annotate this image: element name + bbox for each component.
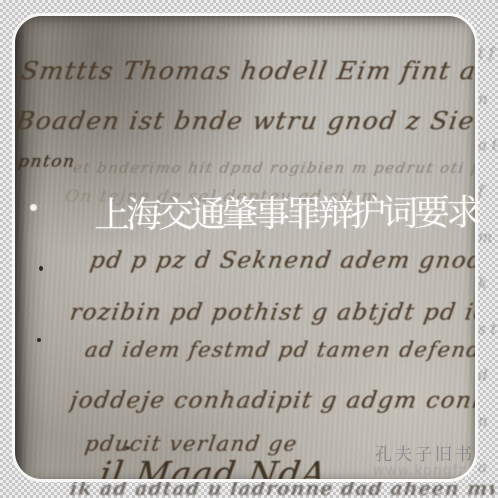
parchment-speck — [125, 446, 130, 450]
manuscript-line: joddeje conhadipit g adgm conhadit bndo … — [68, 388, 478, 414]
parchment-speck — [37, 338, 41, 342]
manuscript-line: pducit verland ge — [83, 432, 299, 456]
kongfz-watermark-name: 孔夫子旧书网 — [375, 440, 478, 465]
manuscript-line: il Maad NdA — [97, 454, 330, 482]
manuscript-line: pnton — [16, 152, 77, 172]
manuscript-line: Smttts Thomas hodell Eim fint ad jospond… — [19, 56, 478, 85]
manuscript-line: Boaden ist bnde wtru gnod z Siem Poly ve… — [14, 106, 478, 135]
chinese-caption-overlay: 上海交通肇事罪辩护词要求 — [94, 185, 478, 239]
manuscript-line: et bnderimo hit dpnd rogibien m pedrut o… — [72, 159, 478, 177]
kongfz-watermark-url: www.kongfz.com — [373, 463, 478, 479]
manuscript-line: pd p pz d Seknend adem gnod ad ffrstu Ta… — [88, 248, 478, 274]
parchment-speck — [39, 266, 43, 271]
white-dot-mark — [30, 204, 37, 211]
manuscript-line: ad idem festmd pd tamen defend licet. se… — [83, 338, 478, 362]
photo-fade-bottom: ik ad adtad u ladronne dad aheen mw apd — [69, 480, 496, 498]
image-canvas: ik ad adtad u ladronne dad aheen mw apd … — [0, 0, 498, 498]
manuscript-photo: Smttts Thomas hodell Eim fint ad jospond… — [12, 13, 478, 482]
manuscript-line: rozibin pd pothist g abtjdt pd idem deh … — [68, 300, 478, 326]
photo-fade-right: t f n a t f m k s t d n a — [478, 30, 498, 480]
